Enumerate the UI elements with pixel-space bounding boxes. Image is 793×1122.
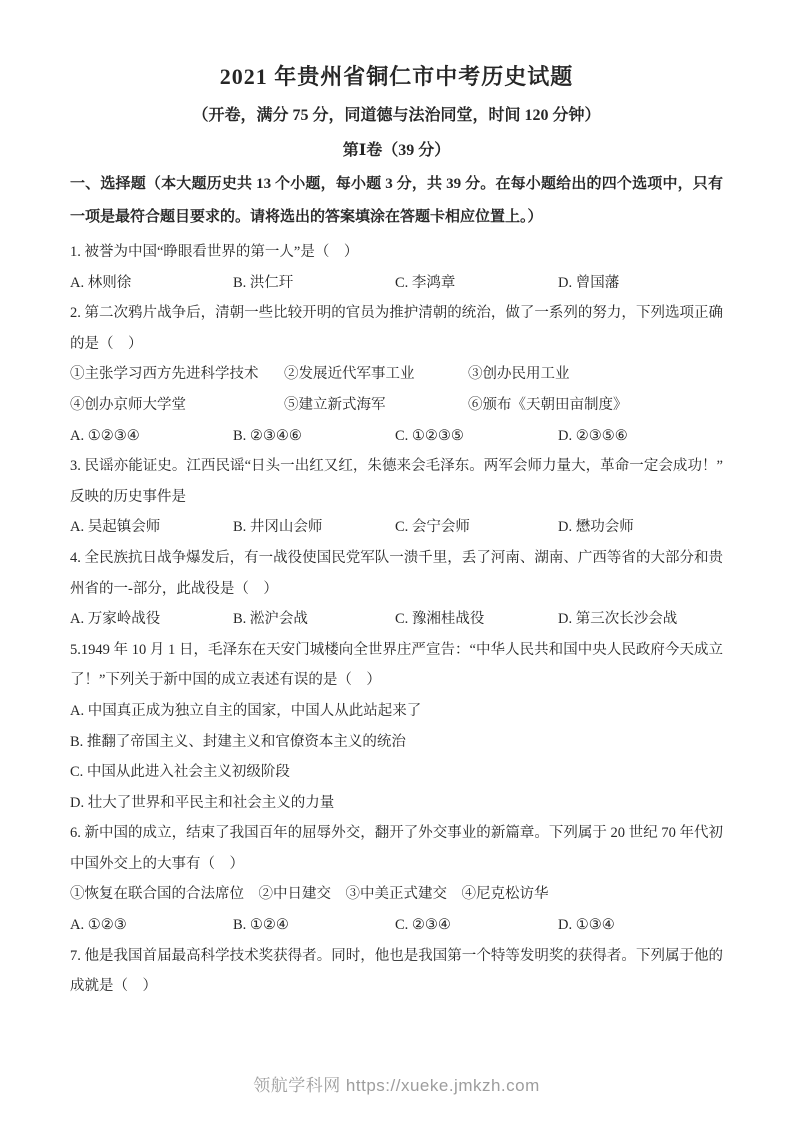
option-d: D. 懋功会师 <box>558 512 723 543</box>
exam-subtitle: （开卷，满分 75 分，同道德与法治同堂，时间 120 分钟） <box>70 105 723 127</box>
option-a: A. 万家岭战役 <box>70 604 233 635</box>
options-row: A. ①②③B. ①②④C. ②③④D. ①③④ <box>70 910 723 941</box>
numbered-item: ③创办民用工业 <box>468 359 723 390</box>
section-instructions: 一、选择题（本大题历史共 13 个小题，每小题 3 分，共 39 分。在每小题给… <box>70 168 723 234</box>
option-d: D. 壮大了世界和平民主和社会主义的力量 <box>70 788 723 819</box>
option-c: C. ②③④ <box>395 910 558 941</box>
question-stem: 3. 民谣亦能证史。江西民谣“日头一出红又红，朱德来会毛泽东。两军会师力量大，革… <box>70 451 723 512</box>
option-b: B. 淞沪会战 <box>233 604 395 635</box>
numbered-items-row: ①主张学习西方先进科学技术②发展近代军事工业③创办民用工业 <box>70 359 723 390</box>
option-b: B. 井冈山会师 <box>233 512 395 543</box>
question-stem: 5.1949 年 10 月 1 日，毛泽东在天安门城楼向全世界庄严宣告：“中华人… <box>70 635 723 696</box>
page-title: 2021 年贵州省铜仁市中考历史试题 <box>70 62 723 92</box>
exam-page: 2021 年贵州省铜仁市中考历史试题 （开卷，满分 75 分，同道德与法治同堂，… <box>0 0 793 1122</box>
numbered-item: ④创办京师大学堂 <box>70 390 284 421</box>
numbered-items-row: ④创办京师大学堂⑤建立新式海军⑥颁布《天朝田亩制度》 <box>70 390 723 421</box>
option-a: A. 吴起镇会师 <box>70 512 233 543</box>
question-stem: 6. 新中国的成立，结束了我国百年的屈辱外交，翻开了外交事业的新篇章。下列属于 … <box>70 818 723 879</box>
options-row: A. 万家岭战役B. 淞沪会战C. 豫湘桂战役D. 第三次长沙会战 <box>70 604 723 635</box>
option-c: C. 豫湘桂战役 <box>395 604 558 635</box>
question-1: 1. 被誉为中国“睁眼看世界的第一人”是（ ）A. 林则徐B. 洪仁玕C. 李鸿… <box>70 237 723 298</box>
options-row: A. ①②③④B. ②③④⑥C. ①②③⑤D. ②③⑤⑥ <box>70 421 723 452</box>
numbered-item: ⑤建立新式海军 <box>284 390 468 421</box>
question-4: 4. 全民族抗日战争爆发后，有一战役使国民党军队一溃千里，丢了河南、湖南、广西等… <box>70 543 723 635</box>
options-row: A. 吴起镇会师B. 井冈山会师C. 会宁会师D. 懋功会师 <box>70 512 723 543</box>
question-3: 3. 民谣亦能证史。江西民谣“日头一出红又红，朱德来会毛泽东。两军会师力量大，革… <box>70 451 723 543</box>
option-a: A. ①②③ <box>70 910 233 941</box>
option-d: D. 曾国藩 <box>558 268 723 299</box>
numbered-item: ⑥颁布《天朝田亩制度》 <box>468 390 723 421</box>
question-stem: 2. 第二次鸦片战争后，清朝一些比较开明的官员为推护清朝的统治，做了一系列的努力… <box>70 298 723 359</box>
numbered-item: ②发展近代军事工业 <box>284 359 468 390</box>
watermark: 领航学科网 https://xueke.jmkzh.com <box>0 1071 793 1096</box>
option-c: C. 李鸿章 <box>395 268 558 299</box>
question-2: 2. 第二次鸦片战争后，清朝一些比较开明的官员为推护清朝的统治，做了一系列的努力… <box>70 298 723 451</box>
option-a: A. 中国真正成为独立自主的国家，中国人从此站起来了 <box>70 696 723 727</box>
question-stem: 7. 他是我国首届最高科学技术奖获得者。同时，他也是我国第一个特等发明奖的获得者… <box>70 941 723 1002</box>
option-a: A. 林则徐 <box>70 268 233 299</box>
section-heading: 第Ⅰ卷（39 分） <box>70 140 723 162</box>
option-a: A. ①②③④ <box>70 421 233 452</box>
numbered-item: ①主张学习西方先进科学技术 <box>70 359 284 390</box>
option-d: D. ②③⑤⑥ <box>558 421 723 452</box>
option-c: C. 会宁会师 <box>395 512 558 543</box>
question-list: 1. 被誉为中国“睁眼看世界的第一人”是（ ）A. 林则徐B. 洪仁玕C. 李鸿… <box>70 237 723 1002</box>
option-d: D. 第三次长沙会战 <box>558 604 723 635</box>
numbered-statements-line: ①恢复在联合国的合法席位 ②中日建交 ③中美正式建交 ④尼克松访华 <box>70 879 723 910</box>
question-stem: 4. 全民族抗日战争爆发后，有一战役使国民党军队一溃千里，丢了河南、湖南、广西等… <box>70 543 723 604</box>
options-row: A. 林则徐B. 洪仁玕C. 李鸿章D. 曾国藩 <box>70 268 723 299</box>
question-7: 7. 他是我国首届最高科学技术奖获得者。同时，他也是我国第一个特等发明奖的获得者… <box>70 941 723 1002</box>
option-c: C. 中国从此进入社会主义初级阶段 <box>70 757 723 788</box>
option-b: B. 洪仁玕 <box>233 268 395 299</box>
option-b: B. ①②④ <box>233 910 395 941</box>
option-b: B. ②③④⑥ <box>233 421 395 452</box>
question-5: 5.1949 年 10 月 1 日，毛泽东在天安门城楼向全世界庄严宣告：“中华人… <box>70 635 723 819</box>
option-d: D. ①③④ <box>558 910 723 941</box>
question-6: 6. 新中国的成立，结束了我国百年的屈辱外交，翻开了外交事业的新篇章。下列属于 … <box>70 818 723 940</box>
question-stem: 1. 被誉为中国“睁眼看世界的第一人”是（ ） <box>70 237 723 268</box>
option-b: B. 推翻了帝国主义、封建主义和官僚资本主义的统治 <box>70 727 723 758</box>
option-c: C. ①②③⑤ <box>395 421 558 452</box>
